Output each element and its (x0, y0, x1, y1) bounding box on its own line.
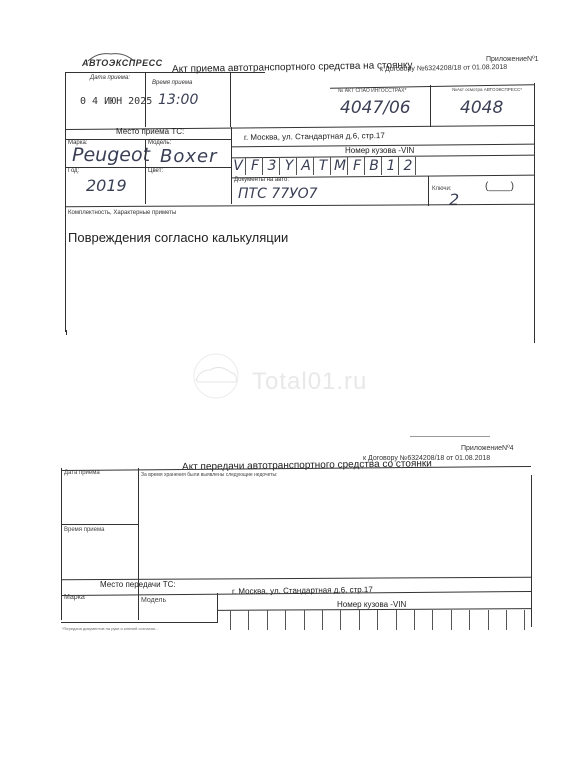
model-label-bottom: Модель (141, 597, 166, 604)
vin-char-cell[interactable]: 2 (401, 157, 416, 175)
place-label-bottom: Место передачи ТС: (100, 580, 176, 589)
vin-char-cell[interactable]: 1 (384, 157, 399, 175)
docs-label: Документы на авто: (234, 177, 289, 183)
keys-extra: (____) (485, 181, 514, 192)
vin-char-cell[interactable] (419, 610, 433, 630)
vin-char-cell[interactable] (235, 610, 249, 630)
place-value: г. Москва, ул. Стандартная д.6, стр.17 (244, 131, 385, 142)
vin-label: Номер кузова -VIN (345, 146, 414, 155)
vin-char-cell[interactable] (383, 610, 397, 630)
vin-char-cell[interactable] (456, 610, 470, 630)
brand-label-bottom: Марка (64, 594, 85, 601)
features-value: Повреждения согласно калькуляции (68, 230, 288, 245)
vin-char-cell[interactable] (346, 610, 360, 630)
vin-char-cell[interactable]: 3 (265, 157, 280, 175)
watermark-text: Total01.ru (252, 368, 367, 396)
vin-char-cell[interactable] (291, 610, 305, 630)
vin-char-cell[interactable] (217, 610, 231, 630)
vin-input-grid-bottom[interactable] (217, 610, 531, 630)
vin-char-cell[interactable]: M (333, 157, 348, 175)
company-logo: АВТОЭКСПРЕСС (82, 58, 163, 68)
year-label: Год: (68, 168, 79, 174)
defects-field[interactable] (139, 480, 531, 576)
defects-label: За время хранения были выявлены следующи… (141, 472, 278, 478)
date-label-bottom: Дата приема (64, 470, 100, 476)
vin-char-cell[interactable] (364, 610, 378, 630)
docs-value: ПТС 77УО7 (238, 186, 318, 202)
features-label: Комплектность, Характерные приметы (68, 210, 176, 216)
vin-char-cell[interactable]: A (299, 157, 314, 175)
keys-value: 2 (449, 190, 459, 209)
footnote: *Передача документов на руки и ключей со… (62, 626, 158, 631)
vin-input-grid[interactable]: VF3YATMFB12 (231, 157, 441, 175)
vin-char-cell[interactable] (327, 610, 341, 630)
vin-char-cell[interactable] (401, 610, 415, 630)
time-value: 13:00 (158, 92, 198, 108)
appendix-label: ПриложениеNº1 (486, 56, 539, 63)
vin-char-cell[interactable] (272, 610, 286, 630)
year-value: 2019 (86, 176, 127, 195)
act-inspection-value: 4048 (460, 98, 503, 118)
act-sp-value: 4047/06 (340, 98, 411, 118)
date-field-bottom[interactable] (62, 478, 138, 524)
vin-char-cell[interactable] (475, 610, 489, 630)
vin-char-cell[interactable] (254, 610, 268, 630)
vin-char-cell[interactable] (493, 610, 507, 630)
watermark-car-icon (186, 352, 246, 405)
vin-char-cell[interactable]: F (248, 157, 263, 175)
vin-char-cell[interactable]: T (316, 157, 331, 175)
place-label: Место приема ТС: (116, 127, 184, 136)
vin-char-cell[interactable] (438, 610, 452, 630)
appendix-label-bottom: ПриложениеNº4 (461, 445, 514, 452)
vin-label-bottom: Номер кузова -VIN (337, 600, 406, 609)
vin-char-cell[interactable] (511, 610, 525, 630)
vin-char-cell[interactable]: V (231, 157, 246, 175)
date-label: Дата приема: (90, 75, 130, 81)
time-label: Время приема (152, 80, 192, 86)
vin-char-cell[interactable] (309, 610, 323, 630)
color-label: Цвет: (148, 168, 163, 174)
vin-char-cell[interactable]: Y (282, 157, 297, 175)
form-title-bottom: Акт передачи автотранспортного средства … (182, 458, 432, 472)
brand-value: Peugeot (72, 144, 150, 166)
vin-char-cell[interactable]: F (350, 157, 365, 175)
act-inspection-label: №Акт осмотра АВТОЭКСПРЕСС* (452, 87, 522, 92)
vin-char-cell[interactable]: B (367, 157, 382, 175)
act-sp-label: № АКТ СПАО ИНГОССТРАХ* (338, 88, 406, 94)
time-field-bottom[interactable] (62, 534, 138, 578)
date-stamp: 0 4 ИЮН 2025 (80, 96, 152, 107)
time-label-bottom: Время приема (64, 527, 104, 533)
model-value: Boxer (160, 146, 218, 167)
